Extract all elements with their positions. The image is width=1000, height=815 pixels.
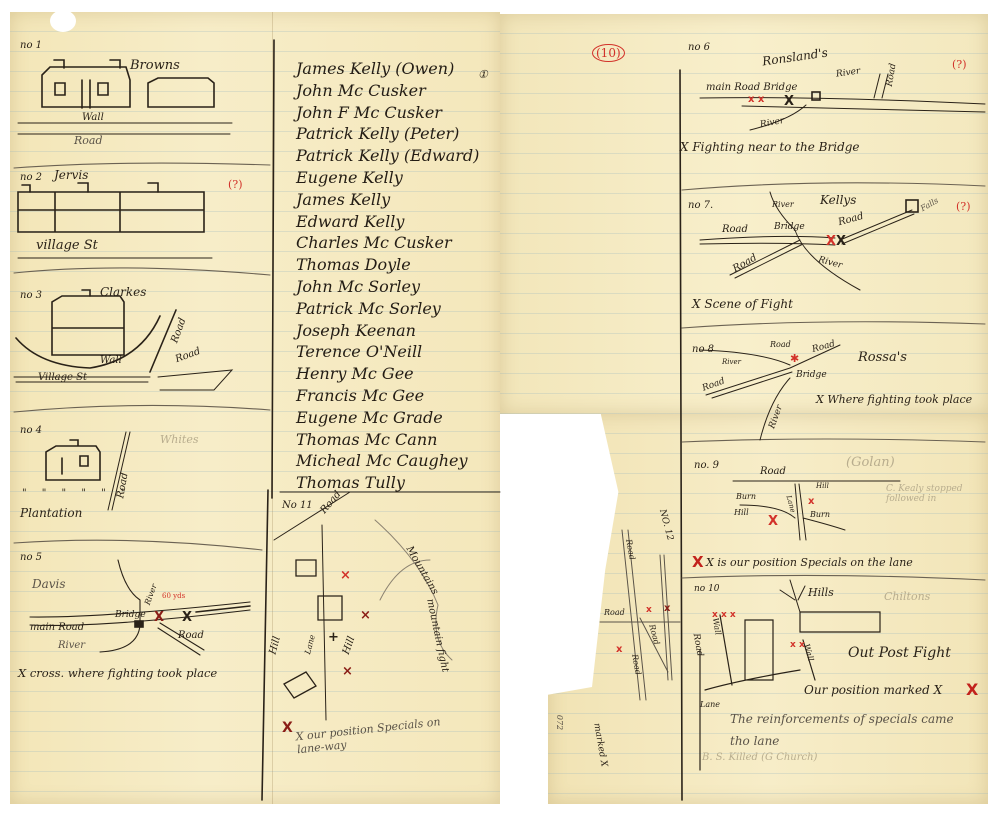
fight-marker: X: [784, 94, 794, 109]
sketch-title: Browns: [130, 58, 180, 73]
fold-line: [272, 12, 273, 804]
map-label: Road: [760, 466, 786, 477]
right-top-sheet: [500, 14, 988, 414]
sketch-number: no 10: [694, 584, 720, 594]
sketch-number: no 8: [692, 344, 714, 355]
sketch-title: Jervis: [54, 168, 88, 182]
map-legend: X Fighting near to the Bridge: [680, 140, 860, 154]
map-label: Bridge: [796, 370, 827, 380]
name-entry: Francis Mc Gee: [296, 385, 479, 407]
fight-marker: X: [836, 234, 846, 249]
legend-marker: X: [692, 553, 704, 571]
map-title: Out Post Fight: [848, 645, 951, 661]
faint-note: C. Kealy stopped followed in: [886, 484, 986, 504]
fight-marker: x: [616, 644, 622, 655]
sketch-title: Chiltons: [884, 590, 930, 603]
map-label: Hill: [734, 508, 749, 517]
name-entry: Patrick Kelly (Peter): [296, 123, 479, 145]
map-legend: X Scene of Fight: [692, 297, 793, 311]
sketch-title: (Golan): [846, 455, 895, 470]
fight-marker: x x x: [712, 610, 736, 620]
name-entry: Patrick Mc Sorley: [296, 298, 479, 320]
map-label: Wall: [100, 355, 122, 366]
map-label: River: [722, 358, 741, 366]
distance-label: 60 yds: [162, 592, 185, 600]
name-entry: Patrick Kelly (Edward): [296, 145, 479, 167]
fight-marker: ×: [340, 568, 351, 583]
page-mark-1: ①: [478, 68, 488, 81]
map-label: Burn: [736, 492, 756, 501]
sketch-title: Davis: [32, 577, 66, 591]
name-entry: Joseph Keenan: [296, 320, 479, 342]
sketch-title: Kellys: [820, 193, 856, 207]
fight-marker: ✱: [790, 352, 799, 365]
query-mark: (?): [956, 200, 970, 213]
names-list: James Kelly (Owen) John Mc Cusker John F…: [296, 58, 479, 494]
map-legend: X Where fighting took place: [816, 393, 972, 406]
fight-marker: ×: [342, 664, 353, 679]
map-label: Bridge: [774, 222, 805, 232]
sketch-number: no 4: [20, 425, 42, 436]
map-label: Hill: [816, 482, 829, 490]
sketch-title: Whites: [160, 433, 198, 446]
map-label: main Road Bridge: [706, 82, 797, 93]
map-label: Wall: [82, 112, 104, 123]
map-label: Hills: [808, 586, 834, 599]
name-entry: James Kelly (Owen): [296, 58, 479, 80]
name-entry: John Mc Cusker: [296, 80, 479, 102]
map-label: Road: [722, 224, 748, 235]
map-label: Burn: [810, 510, 830, 519]
fight-marker: +: [328, 630, 339, 645]
faint-note: B. S. Killed (G Church): [702, 752, 817, 763]
map-legend: X is our position Specials on the lane: [706, 556, 913, 569]
name-entry: John Mc Sorley: [296, 276, 479, 298]
sketch-number: no 1: [20, 40, 42, 51]
map-legend: Our position marked X: [804, 683, 942, 697]
name-entry: Eugene Kelly: [296, 167, 479, 189]
map-label: village St: [36, 238, 98, 253]
sketch-number: no 6: [688, 42, 710, 53]
name-entry: Thomas Tully: [296, 472, 479, 494]
name-entry: Eugene Mc Grade: [296, 407, 479, 429]
sketch-number: No 11: [282, 500, 313, 511]
name-entry: Charles Mc Cusker: [296, 232, 479, 254]
sketch-number: no 7.: [688, 200, 713, 211]
fight-marker: x x: [790, 640, 805, 650]
fight-marker: x x: [748, 94, 764, 105]
map-label: Road: [74, 134, 103, 147]
name-entry: Thomas Doyle: [296, 254, 479, 276]
fight-marker: x: [808, 496, 814, 507]
map-label: River: [772, 200, 794, 209]
punch-hole: [50, 10, 76, 32]
legend-marker: X: [282, 720, 293, 736]
map-legend: X cross. where fighting took place: [18, 666, 217, 680]
query-mark: (?): [952, 58, 966, 71]
name-entry: James Kelly: [296, 189, 479, 211]
fight-marker: x: [664, 603, 670, 614]
legend-marker: X: [966, 680, 978, 699]
sketch-number: no 5: [20, 552, 42, 563]
plantation-marks: " " " " " ": [22, 488, 132, 499]
sketch-title: Rossa's: [858, 350, 907, 365]
map-label: Lane: [700, 700, 720, 709]
map-label: Plantation: [20, 506, 82, 520]
fight-marker: X: [826, 234, 836, 249]
fight-marker: X: [182, 610, 192, 625]
sketch-title: Clarkes: [100, 285, 146, 299]
side-mark: 072: [555, 715, 564, 730]
page-mark-circled: (10): [592, 44, 625, 62]
query-mark: (?): [228, 178, 242, 191]
map-label: main Road: [30, 622, 84, 633]
name-entry: Edward Kelly: [296, 211, 479, 233]
map-label: Road: [770, 340, 791, 349]
fight-marker: X: [768, 514, 778, 529]
fight-marker: x: [646, 605, 652, 615]
fight-marker: X: [154, 610, 164, 625]
name-entry: Micheal Mc Caughey: [296, 450, 479, 472]
sketch-number: no 3: [20, 290, 42, 301]
name-entry: Henry Mc Gee: [296, 363, 479, 385]
map-label: Village St: [38, 372, 87, 383]
map-label: Road: [604, 608, 625, 617]
map-note: The reinforcements of specials came tho …: [730, 708, 970, 752]
sketch-number: no 2: [20, 172, 42, 183]
name-entry: Thomas Mc Cann: [296, 429, 479, 451]
name-entry: Terence O'Neill: [296, 341, 479, 363]
fight-marker: ×: [360, 608, 371, 623]
map-label: Road: [178, 630, 204, 641]
map-label: River: [58, 640, 85, 651]
map-label: Bridge: [115, 610, 146, 620]
sketch-number: no. 9: [694, 460, 719, 471]
name-entry: John F Mc Cusker: [296, 102, 479, 124]
